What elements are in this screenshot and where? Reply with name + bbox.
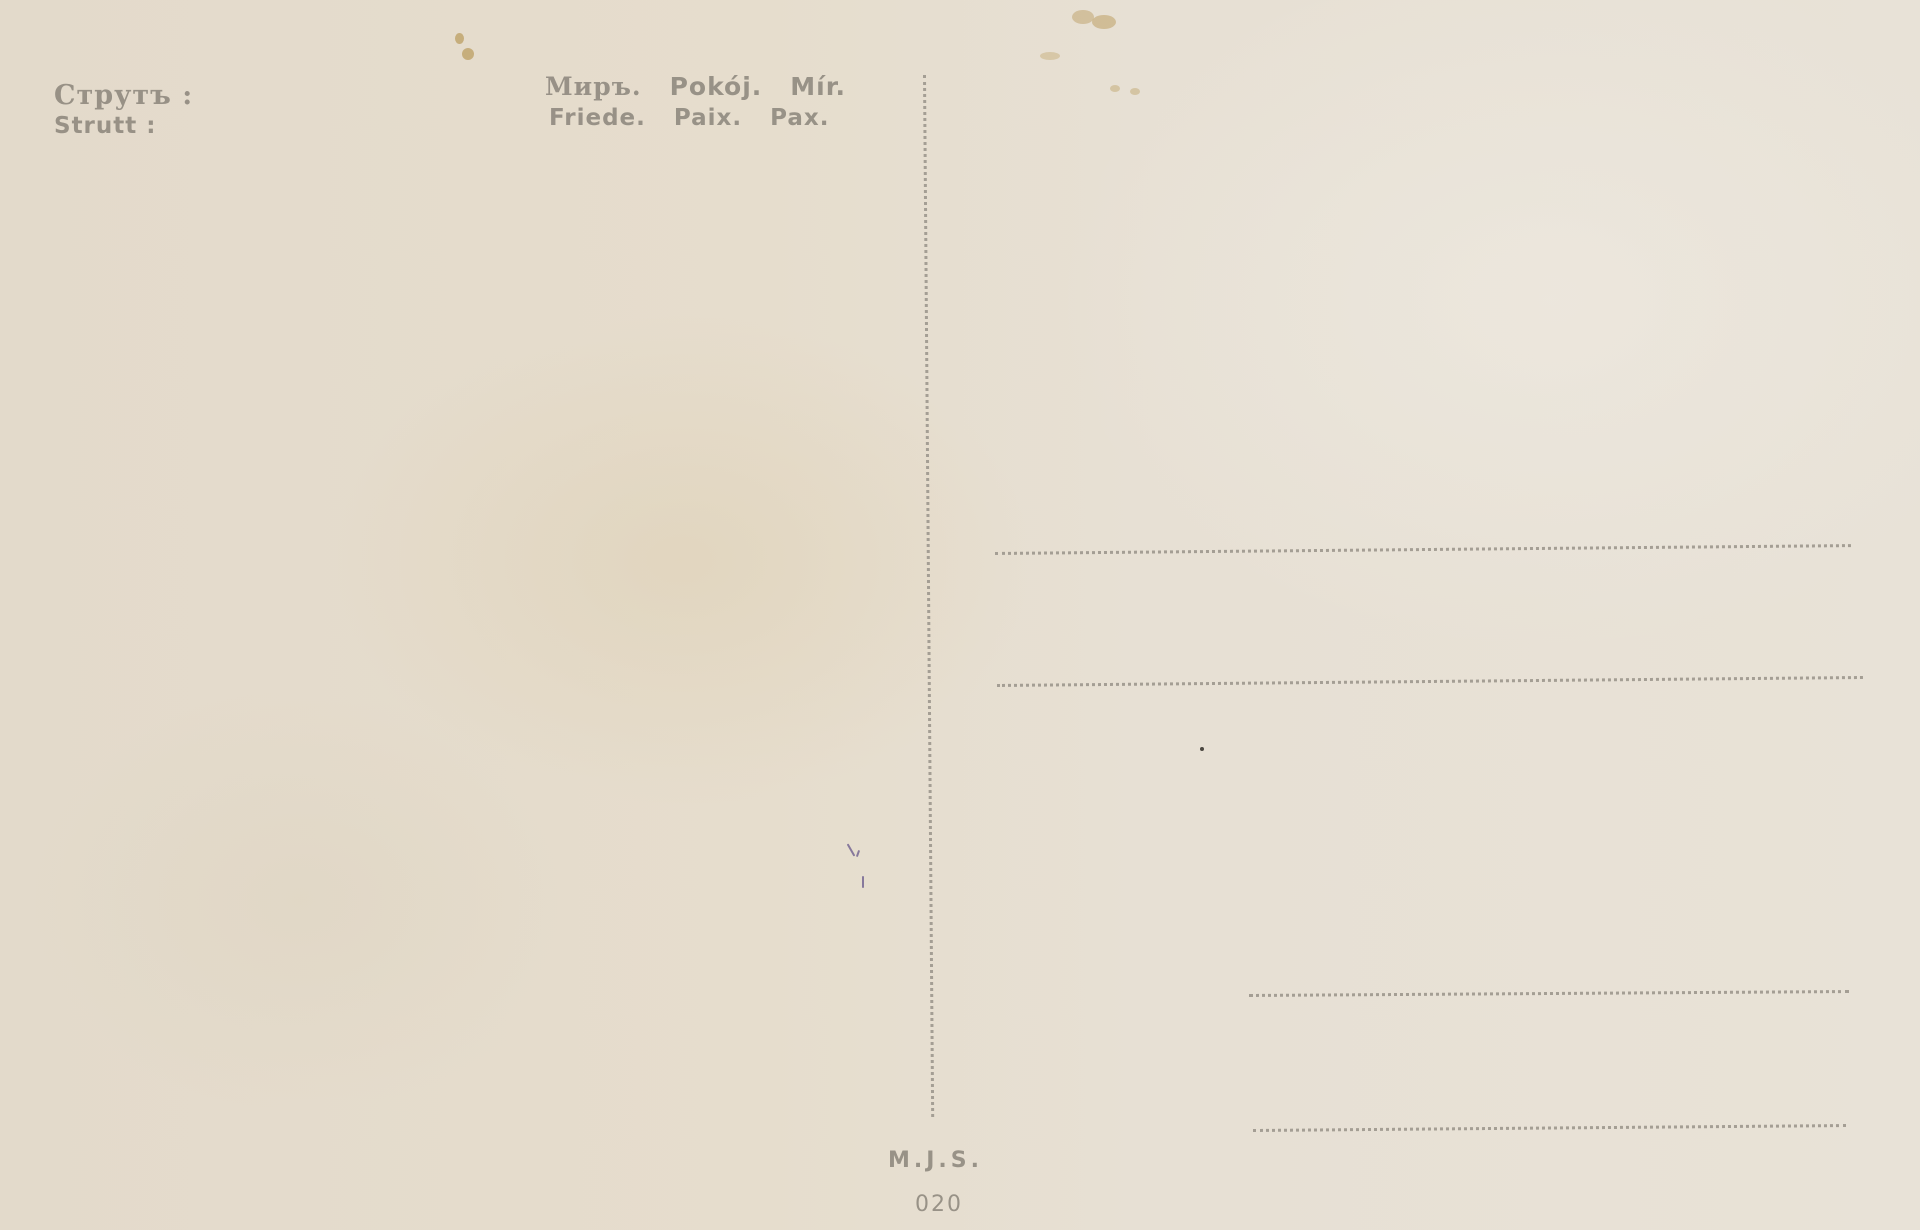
peace-word-russian: Миръ. <box>545 72 642 101</box>
sender-label-latin: Strutt : <box>54 113 156 139</box>
peace-words-row-1: Миръ.Pokój.Mír. <box>545 72 874 101</box>
postcard-back: Струтъ : Strutt : Миръ.Pokój.Mír. Friede… <box>0 0 1920 1230</box>
message-address-divider <box>923 75 934 1117</box>
stain-spot <box>1072 10 1094 24</box>
peace-word-czech: Mír. <box>790 72 846 101</box>
card-number: 020 <box>915 1192 963 1217</box>
publisher-mark: M.J.S. <box>888 1148 983 1173</box>
stain-spot <box>455 33 464 44</box>
address-line-2 <box>997 676 1863 687</box>
address-line-3 <box>1249 990 1849 997</box>
stain-spot <box>1040 52 1060 60</box>
peace-word-german: Friede. <box>549 105 646 131</box>
stain-spot <box>1110 85 1120 92</box>
peace-word-latin: Pax. <box>770 105 829 131</box>
stain-spot <box>1092 15 1116 29</box>
stain-spot <box>462 48 474 60</box>
pencil-mark <box>856 850 860 857</box>
stain-spot <box>1130 88 1140 95</box>
dark-speck <box>1200 747 1204 751</box>
peace-word-polish: Pokój. <box>670 72 763 101</box>
pencil-mark <box>847 843 856 856</box>
sender-label-russian: Струтъ : <box>54 80 193 111</box>
pencil-mark <box>862 876 864 888</box>
address-line-1 <box>995 544 1851 555</box>
address-line-4 <box>1253 1124 1846 1132</box>
peace-words-row-2: Friede.Paix.Pax. <box>549 105 857 131</box>
peace-word-french: Paix. <box>674 105 742 131</box>
